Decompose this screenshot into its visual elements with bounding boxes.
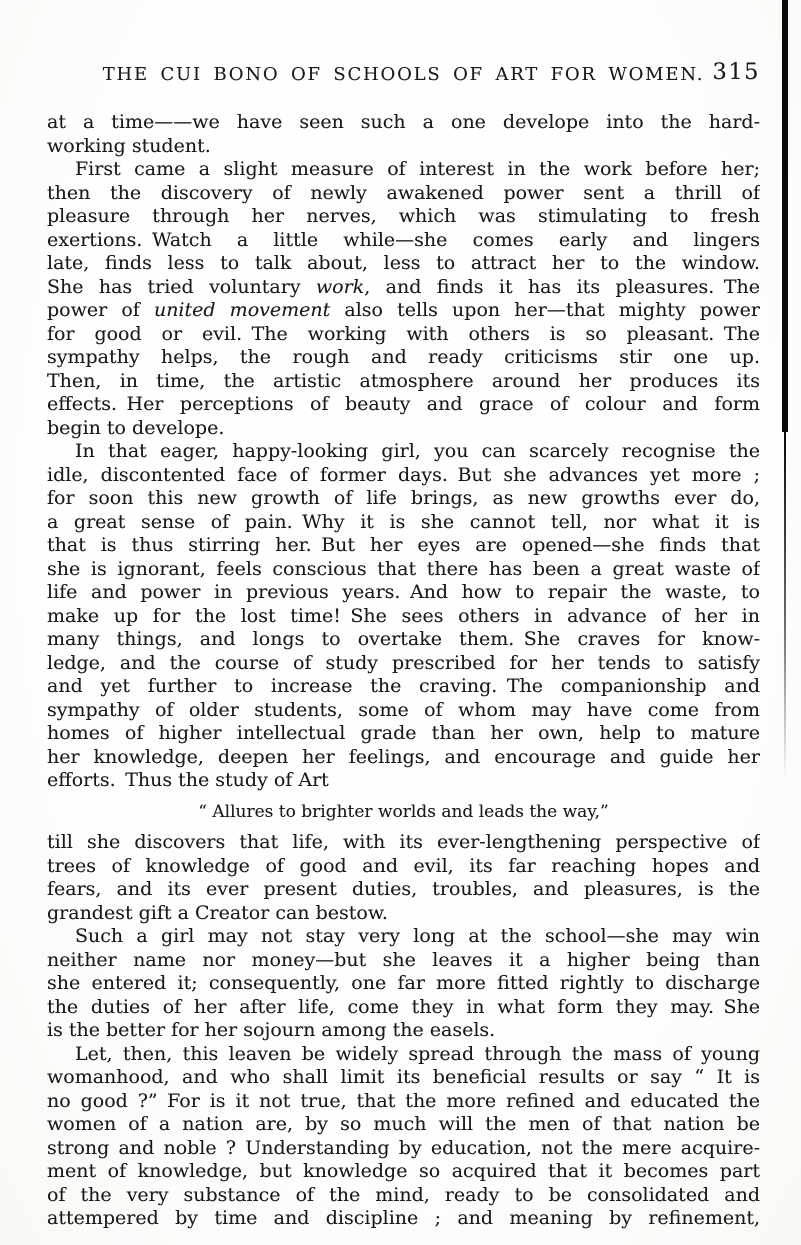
text-line: her knowledge, deepen her feelings, and … [47,746,760,770]
text-segment: power of [47,299,154,321]
text-segment: idle, discontented face of former days. … [47,464,760,486]
text-segment: trees of knowledge of good and evil, its… [47,855,760,877]
text-segment: exertions. Watch a little while—she come… [47,229,760,251]
text-line: is the better for her sojourn among the … [47,1019,760,1043]
text-line: efforts. Thus the study of Art [47,769,760,793]
text-line: women of a nation are, by so much will t… [47,1113,760,1137]
text-line: late, finds less to talk about, less to … [47,252,760,276]
text-segment: that is thus stirring her. But her eyes … [47,534,760,556]
text-segment: fears, and its ever present duties, trou… [47,878,760,900]
text-line: Then, in time, the artistic atmosphere a… [47,370,760,394]
text-segment: at a time——we have seen such a one devel… [47,111,760,133]
text-segment: begin to develope. [47,417,224,439]
text-line: trees of knowledge of good and evil, its… [47,855,760,879]
text-line: fears, and its ever present duties, trou… [47,878,760,902]
text-segment: and yet further to increase the craving.… [47,675,760,697]
text-segment: neither name nor money—but she leaves it… [47,949,760,971]
text-segment: , and finds it has its pleasures. The [364,276,760,298]
scan-gutter-shadow [782,0,788,432]
text-segment: she is ignorant, feels conscious that th… [47,558,760,580]
text-segment: is the better for her sojourn among the … [47,1019,495,1041]
text-segment: attempered by time and discipline ; and … [47,1207,760,1229]
text-segment: till she discovers that life, with its e… [47,831,760,853]
text-line: ment of knowledge, but knowledge so acqu… [47,1160,760,1184]
text-segment: of the very substance of the mind, ready… [47,1184,760,1206]
text-segment: womanhood, and who shall limit its benef… [47,1066,760,1088]
text-segment: Then, in time, the artistic atmosphere a… [47,370,760,392]
text-line: effects. Her perceptions of beauty and g… [47,393,760,417]
text-segment: homes of higher intellectual grade than … [47,722,760,744]
text-segment: In that eager, happy-looking girl, you c… [75,440,760,462]
text-segment: effects. Her perceptions of beauty and g… [47,393,760,415]
text-segment: life and power in previous years. And ho… [47,581,760,603]
text-line: at a time——we have seen such a one devel… [47,111,760,135]
verse-quote: “ Allures to brighter worlds and leads t… [47,801,760,825]
text-line: for good or evil. The working with other… [47,323,760,347]
text-segment: First came a slight measure of interest … [75,158,760,180]
text-line: She has tried voluntary work, and finds … [47,276,760,300]
text-segment: for soon this new growth of life brings,… [47,487,760,509]
text-line: grandest gift a Creator can bestow. [47,902,760,926]
text-segment: also tells upon her—that mighty power [330,299,760,321]
text-line: In that eager, happy-looking girl, you c… [47,440,760,464]
text-line: sympathy helps, the rough and ready crit… [47,346,760,370]
text-segment: her knowledge, deepen her feelings, and … [47,746,760,768]
italic-text-segment: work [316,276,364,298]
text-segment: ment of knowledge, but knowledge so acqu… [47,1160,760,1182]
text-line: strong and noble ? Understanding by educ… [47,1137,760,1161]
text-segment: the duties of her after life, come they … [47,996,760,1018]
text-line: that is thus stirring her. But her eyes … [47,534,760,558]
text-segment: make up for the lost time! She sees othe… [47,605,760,627]
text-segment: many things, and longs to overtake them.… [47,628,760,650]
text-segment: She has tried voluntary [47,276,316,298]
text-line: neither name nor money—but she leaves it… [47,949,760,973]
text-segment: working student. [47,135,211,157]
text-segment: then the discovery of newly awakened pow… [47,182,760,204]
text-segment: women of a nation are, by so much will t… [47,1113,760,1135]
text-line: power of united movement also tells upon… [47,299,760,323]
page-header: THE CUI BONO OF SCHOOLS OF ART FOR WOMEN… [47,64,760,92]
text-segment: Let, then, this leaven be widely spread … [75,1043,760,1065]
text-line: and yet further to increase the craving.… [47,675,760,699]
text-segment: she entered it; consequently, one far mo… [47,972,760,994]
text-line: ledge, and the course of study prescribe… [47,652,760,676]
running-title: THE CUI BONO OF SCHOOLS OF ART FOR WOMEN… [47,64,760,85]
text-line: she is ignorant, feels conscious that th… [47,558,760,582]
text-line: a great sense of pain. Why it is she can… [47,511,760,535]
italic-text-segment: united movement [154,299,330,321]
text-segment: late, finds less to talk about, less to … [47,252,760,274]
page-number: 315 [713,59,760,85]
text-segment: a great sense of pain. Why it is she can… [47,511,760,533]
text-segment: no good ?” For is it not true, that the … [47,1090,760,1112]
text-line: First came a slight measure of interest … [47,158,760,182]
text-line: till she discovers that life, with its e… [47,831,760,855]
text-line: sympathy of older students, some of whom… [47,699,760,723]
text-line: exertions. Watch a little while—she come… [47,229,760,253]
text-segment: for good or evil. The working with other… [47,323,760,345]
text-segment: strong and noble ? Understanding by educ… [47,1137,760,1159]
text-line: homes of higher intellectual grade than … [47,722,760,746]
text-segment: ledge, and the course of study prescribe… [47,652,760,674]
body-text: at a time——we have seen such a one devel… [47,111,760,1231]
text-segment: efforts. Thus the study of Art [47,769,329,791]
text-segment: pleasure through her nerves, which was s… [47,205,760,227]
text-line: working student. [47,135,760,159]
text-line: of the very substance of the mind, ready… [47,1184,760,1208]
text-line: Such a girl may not stay very long at th… [47,925,760,949]
text-line: begin to develope. [47,417,760,441]
book-page: THE CUI BONO OF SCHOOLS OF ART FOR WOMEN… [0,0,801,1245]
text-line: womanhood, and who shall limit its benef… [47,1066,760,1090]
text-line: idle, discontented face of former days. … [47,464,760,488]
text-line: then the discovery of newly awakened pow… [47,182,760,206]
text-line: the duties of her after life, come they … [47,996,760,1020]
text-line: for soon this new growth of life brings,… [47,487,760,511]
text-line: pleasure through her nerves, which was s… [47,205,760,229]
text-segment: grandest gift a Creator can bestow. [47,902,388,924]
text-line: many things, and longs to overtake them.… [47,628,760,652]
text-line: no good ?” For is it not true, that the … [47,1090,760,1114]
text-segment: sympathy helps, the rough and ready crit… [47,346,760,368]
text-line: life and power in previous years. And ho… [47,581,760,605]
text-segment: Such a girl may not stay very long at th… [75,925,760,947]
text-line: make up for the lost time! She sees othe… [47,605,760,629]
text-line: she entered it; consequently, one far mo… [47,972,760,996]
text-line: Let, then, this leaven be widely spread … [47,1043,760,1067]
text-segment: sympathy of older students, some of whom… [47,699,760,721]
text-line: attempered by time and discipline ; and … [47,1207,760,1231]
